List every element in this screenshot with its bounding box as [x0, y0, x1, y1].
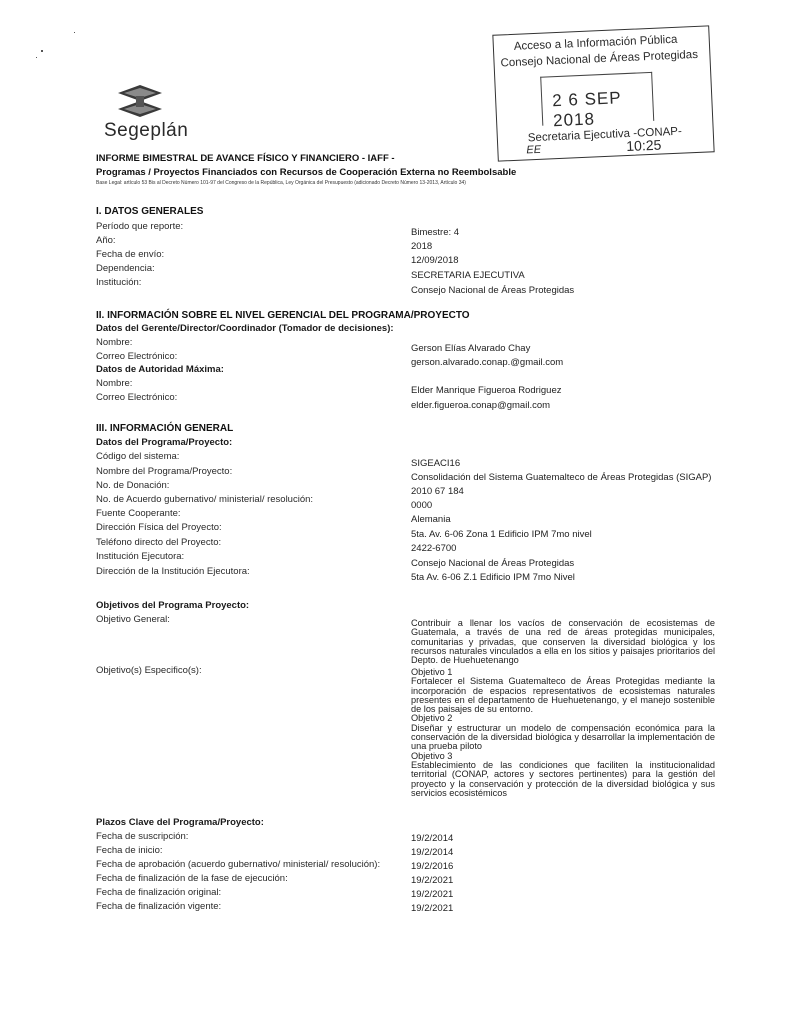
manager-heading: Datos del Gerente/Director/Coordinador (… — [96, 323, 394, 334]
field-value: Gerson Elías Alvarado Chay — [411, 343, 530, 354]
field-label: No. de Donación: — [96, 480, 169, 491]
field-label: Fecha de envío: — [96, 249, 164, 260]
objectives-heading: Objetivos del Programa Proyecto: — [96, 600, 249, 611]
deadlines-heading: Plazos Clave del Programa/Proyecto: — [96, 817, 264, 828]
field-value: 12/09/2018 — [411, 255, 459, 266]
stamp-date: 2 6 SEP 2018 — [552, 87, 654, 131]
authority-heading: Datos de Autoridad Máxima: — [96, 364, 224, 375]
stamp-date-box: 2 6 SEP 2018 — [540, 72, 654, 126]
field-label: Correo Electrónico: — [96, 351, 177, 362]
deadline-label: Fecha de finalización vigente: — [96, 901, 221, 912]
specific-objectives-label: Objetivo(s) Especifico(s): — [96, 665, 202, 676]
section-3-heading: III. INFORMACIÓN GENERAL — [96, 423, 233, 434]
deadline-label: Fecha de finalización de la fase de ejec… — [96, 873, 288, 884]
scan-speck — [74, 32, 75, 33]
deadline-value: 19/2/2021 — [411, 903, 453, 914]
field-value: 2010 67 184 — [411, 486, 464, 497]
field-label: Correo Electrónico: — [96, 392, 177, 403]
field-value: Consejo Nacional de Áreas Protegidas — [411, 558, 574, 569]
scan-speck — [36, 57, 37, 58]
field-label: Dependencia: — [96, 263, 155, 274]
field-label: Nombre del Programa/Proyecto: — [96, 466, 232, 477]
deadline-label: Fecha de suscripción: — [96, 831, 188, 842]
program-heading: Datos del Programa/Proyecto: — [96, 437, 232, 448]
deadline-value: 19/2/2014 — [411, 833, 453, 844]
field-value: 5ta Av. 6-06 Z.1 Edificio IPM 7mo Nivel — [411, 572, 575, 583]
field-label: Dirección Física del Proyecto: — [96, 522, 222, 533]
report-subtitle: Programas / Proyectos Financiados con Re… — [96, 167, 516, 178]
field-value: Elder Manrique Figueroa Rodriguez — [411, 385, 562, 396]
deadline-label: Fecha de aprobación (acuerdo gubernativo… — [96, 859, 380, 870]
field-label: Código del sistema: — [96, 451, 179, 462]
field-value: 0000 — [411, 500, 432, 511]
deadline-label: Fecha de finalización original: — [96, 887, 221, 898]
field-label: No. de Acuerdo gubernativo/ ministerial/… — [96, 494, 313, 505]
stamp-initials: EE — [526, 144, 541, 157]
segeplan-logo-icon — [110, 85, 170, 121]
field-value: Bimestre: 4 — [411, 227, 459, 238]
received-stamp: Acceso a la Información Pública Consejo … — [492, 25, 714, 161]
field-value: Consejo Nacional de Áreas Protegidas — [411, 285, 574, 296]
deadline-value: 19/2/2016 — [411, 861, 453, 872]
field-label: Fuente Cooperante: — [96, 508, 181, 519]
field-label: Dirección de la Institución Ejecutora: — [96, 566, 250, 577]
field-value: Alemania — [411, 514, 451, 525]
field-label: Año: — [96, 235, 116, 246]
field-label: Período que reporte: — [96, 221, 183, 232]
field-value: SIGEACI16 — [411, 458, 460, 469]
deadline-value: 19/2/2014 — [411, 847, 453, 858]
section-1-heading: I. DATOS GENERALES — [96, 206, 203, 217]
field-value: 2018 — [411, 241, 432, 252]
field-value: Consolidación del Sistema Guatemalteco d… — [411, 472, 711, 483]
field-value: 2422-6700 — [411, 543, 456, 554]
scan-speck — [41, 50, 43, 52]
field-value: 5ta. Av. 6-06 Zona 1 Edificio IPM 7mo ni… — [411, 529, 592, 540]
general-objective-label: Objetivo General: — [96, 614, 170, 625]
general-objective-paragraph: Contribuir a llenar los vacíos de conser… — [411, 619, 715, 665]
general-objective-text: Contribuir a llenar los vacíos de conser… — [411, 619, 715, 665]
field-label: Teléfono directo del Proyecto: — [96, 537, 221, 548]
deadline-value: 19/2/2021 — [411, 875, 453, 886]
section-2-heading: II. INFORMACIÓN SOBRE EL NIVEL GERENCIAL… — [96, 310, 470, 321]
legal-basis: Base Legal: artículo 53 Bis al Decreto N… — [96, 180, 466, 186]
deadline-label: Fecha de inicio: — [96, 845, 163, 856]
field-label: Nombre: — [96, 337, 132, 348]
objective-3-text: Establecimiento de las condiciones que f… — [411, 761, 715, 798]
logo-text: Segeplán — [104, 120, 188, 142]
field-value: SECRETARIA EJECUTIVA — [411, 270, 525, 281]
objective-2-text: Diseñar y estructurar un modelo de compe… — [411, 724, 715, 752]
specific-objectives-list: Objetivo 1 Fortalecer el Sistema Guatema… — [411, 668, 715, 798]
field-label: Institución: — [96, 277, 141, 288]
objective-1-text: Fortalecer el Sistema Guatemalteco de Ár… — [411, 677, 715, 714]
deadline-value: 19/2/2021 — [411, 889, 453, 900]
stamp-time: 10:25 — [626, 137, 662, 155]
report-title: INFORME BIMESTRAL DE AVANCE FÍSICO Y FIN… — [96, 153, 395, 164]
manager-email: gerson.alvarado.conap.@gmail.com — [411, 357, 563, 368]
field-label: Institución Ejecutora: — [96, 551, 184, 562]
authority-email: elder.figueroa.conap@gmail.com — [411, 400, 550, 411]
field-label: Nombre: — [96, 378, 132, 389]
